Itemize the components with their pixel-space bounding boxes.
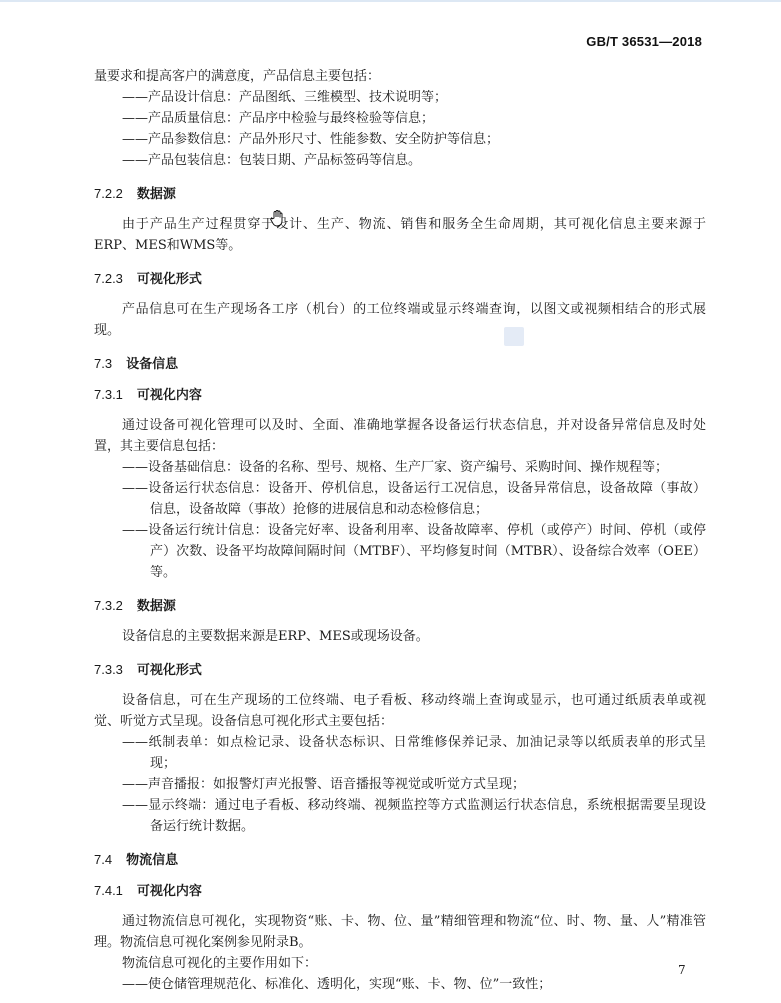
heading-7-2-2: 7.2.2数据源 — [94, 183, 706, 204]
heading-7-4-1: 7.4.1可视化内容 — [94, 880, 706, 901]
list-item: ——设备基础信息：设备的名称、型号、规格、生产厂家、资产编号、采购时间、操作规程… — [94, 457, 706, 478]
list-item: ——声音播报：如报警灯声光报警、语音播报等视觉或听觉方式呈现； — [94, 774, 706, 795]
list-item: ——产品参数信息：产品外形尺寸、性能参数、安全防护等信息； — [94, 129, 706, 150]
list-item: ——设备运行状态信息：设备开、停机信息，设备运行工况信息，设备异常信息，设备故障… — [94, 478, 706, 520]
heading-7-3-3: 7.3.3可视化形式 — [94, 659, 706, 680]
paragraph: 产品信息可在生产现场各工序（机台）的工位终端或显示终端查询，以图文或视频相结合的… — [94, 299, 706, 341]
page-number: 7 — [678, 963, 686, 977]
paragraph: 通过设备可视化管理可以及时、全面、准确地掌握各设备运行状态信息，并对设备异常信息… — [94, 415, 706, 457]
list-item: ——纸制表单：如点检记录、设备状态标识、日常维修保养记录、加油记录等以纸质表单的… — [94, 732, 706, 774]
paragraph: 由于产品生产过程贯穿于设计、生产、物流、销售和服务全生命周期，其可视化信息主要来… — [94, 214, 706, 256]
paragraph: 设备信息的主要数据来源是ERP、MES或现场设备。 — [94, 626, 706, 647]
heading-7-3-1: 7.3.1可视化内容 — [94, 384, 706, 405]
paragraph: 通过物流信息可视化，实现物资“账、卡、物、位、量”精细管理和物流“位、时、物、量… — [94, 911, 706, 953]
heading-7-4: 7.4物流信息 — [94, 849, 706, 870]
heading-7-3-2: 7.3.2数据源 — [94, 595, 706, 616]
list-item: ——产品质量信息：产品序中检验与最终检验等信息； — [94, 108, 706, 129]
paragraph: 物流信息可视化的主要作用如下： — [94, 953, 706, 974]
standard-number: GB/T 36531—2018 — [586, 34, 702, 49]
heading-7-2-3: 7.2.3可视化形式 — [94, 268, 706, 289]
list-item: ——使仓储管理规范化、标准化、透明化，实现“账、卡、物、位”一致性； — [94, 974, 706, 995]
list-item: ——设备运行统计信息：设备完好率、设备利用率、设备故障率、停机（或停产）时间、停… — [94, 520, 706, 583]
viewer-top-border — [0, 0, 781, 2]
list-item: ——产品设计信息：产品图纸、三维模型、技术说明等； — [94, 87, 706, 108]
paragraph-intro-tail: 量要求和提高客户的满意度，产品信息主要包括： — [94, 66, 706, 87]
hand-cursor-icon — [269, 210, 285, 228]
paragraph: 设备信息，可在生产现场的工位终端、电子看板、移动终端上查询或显示，也可通过纸质表… — [94, 690, 706, 732]
list-item: ——显示终端：通过电子看板、移动终端、视频监控等方式监测运行状态信息，系统根据需… — [94, 795, 706, 837]
document-page: 量要求和提高客户的满意度，产品信息主要包括： ——产品设计信息：产品图纸、三维模… — [94, 66, 706, 995]
watermark-logo — [504, 327, 524, 346]
heading-7-3: 7.3设备信息 — [94, 353, 706, 374]
list-item: ——产品包装信息：包装日期、产品标签码等信息。 — [94, 150, 706, 171]
